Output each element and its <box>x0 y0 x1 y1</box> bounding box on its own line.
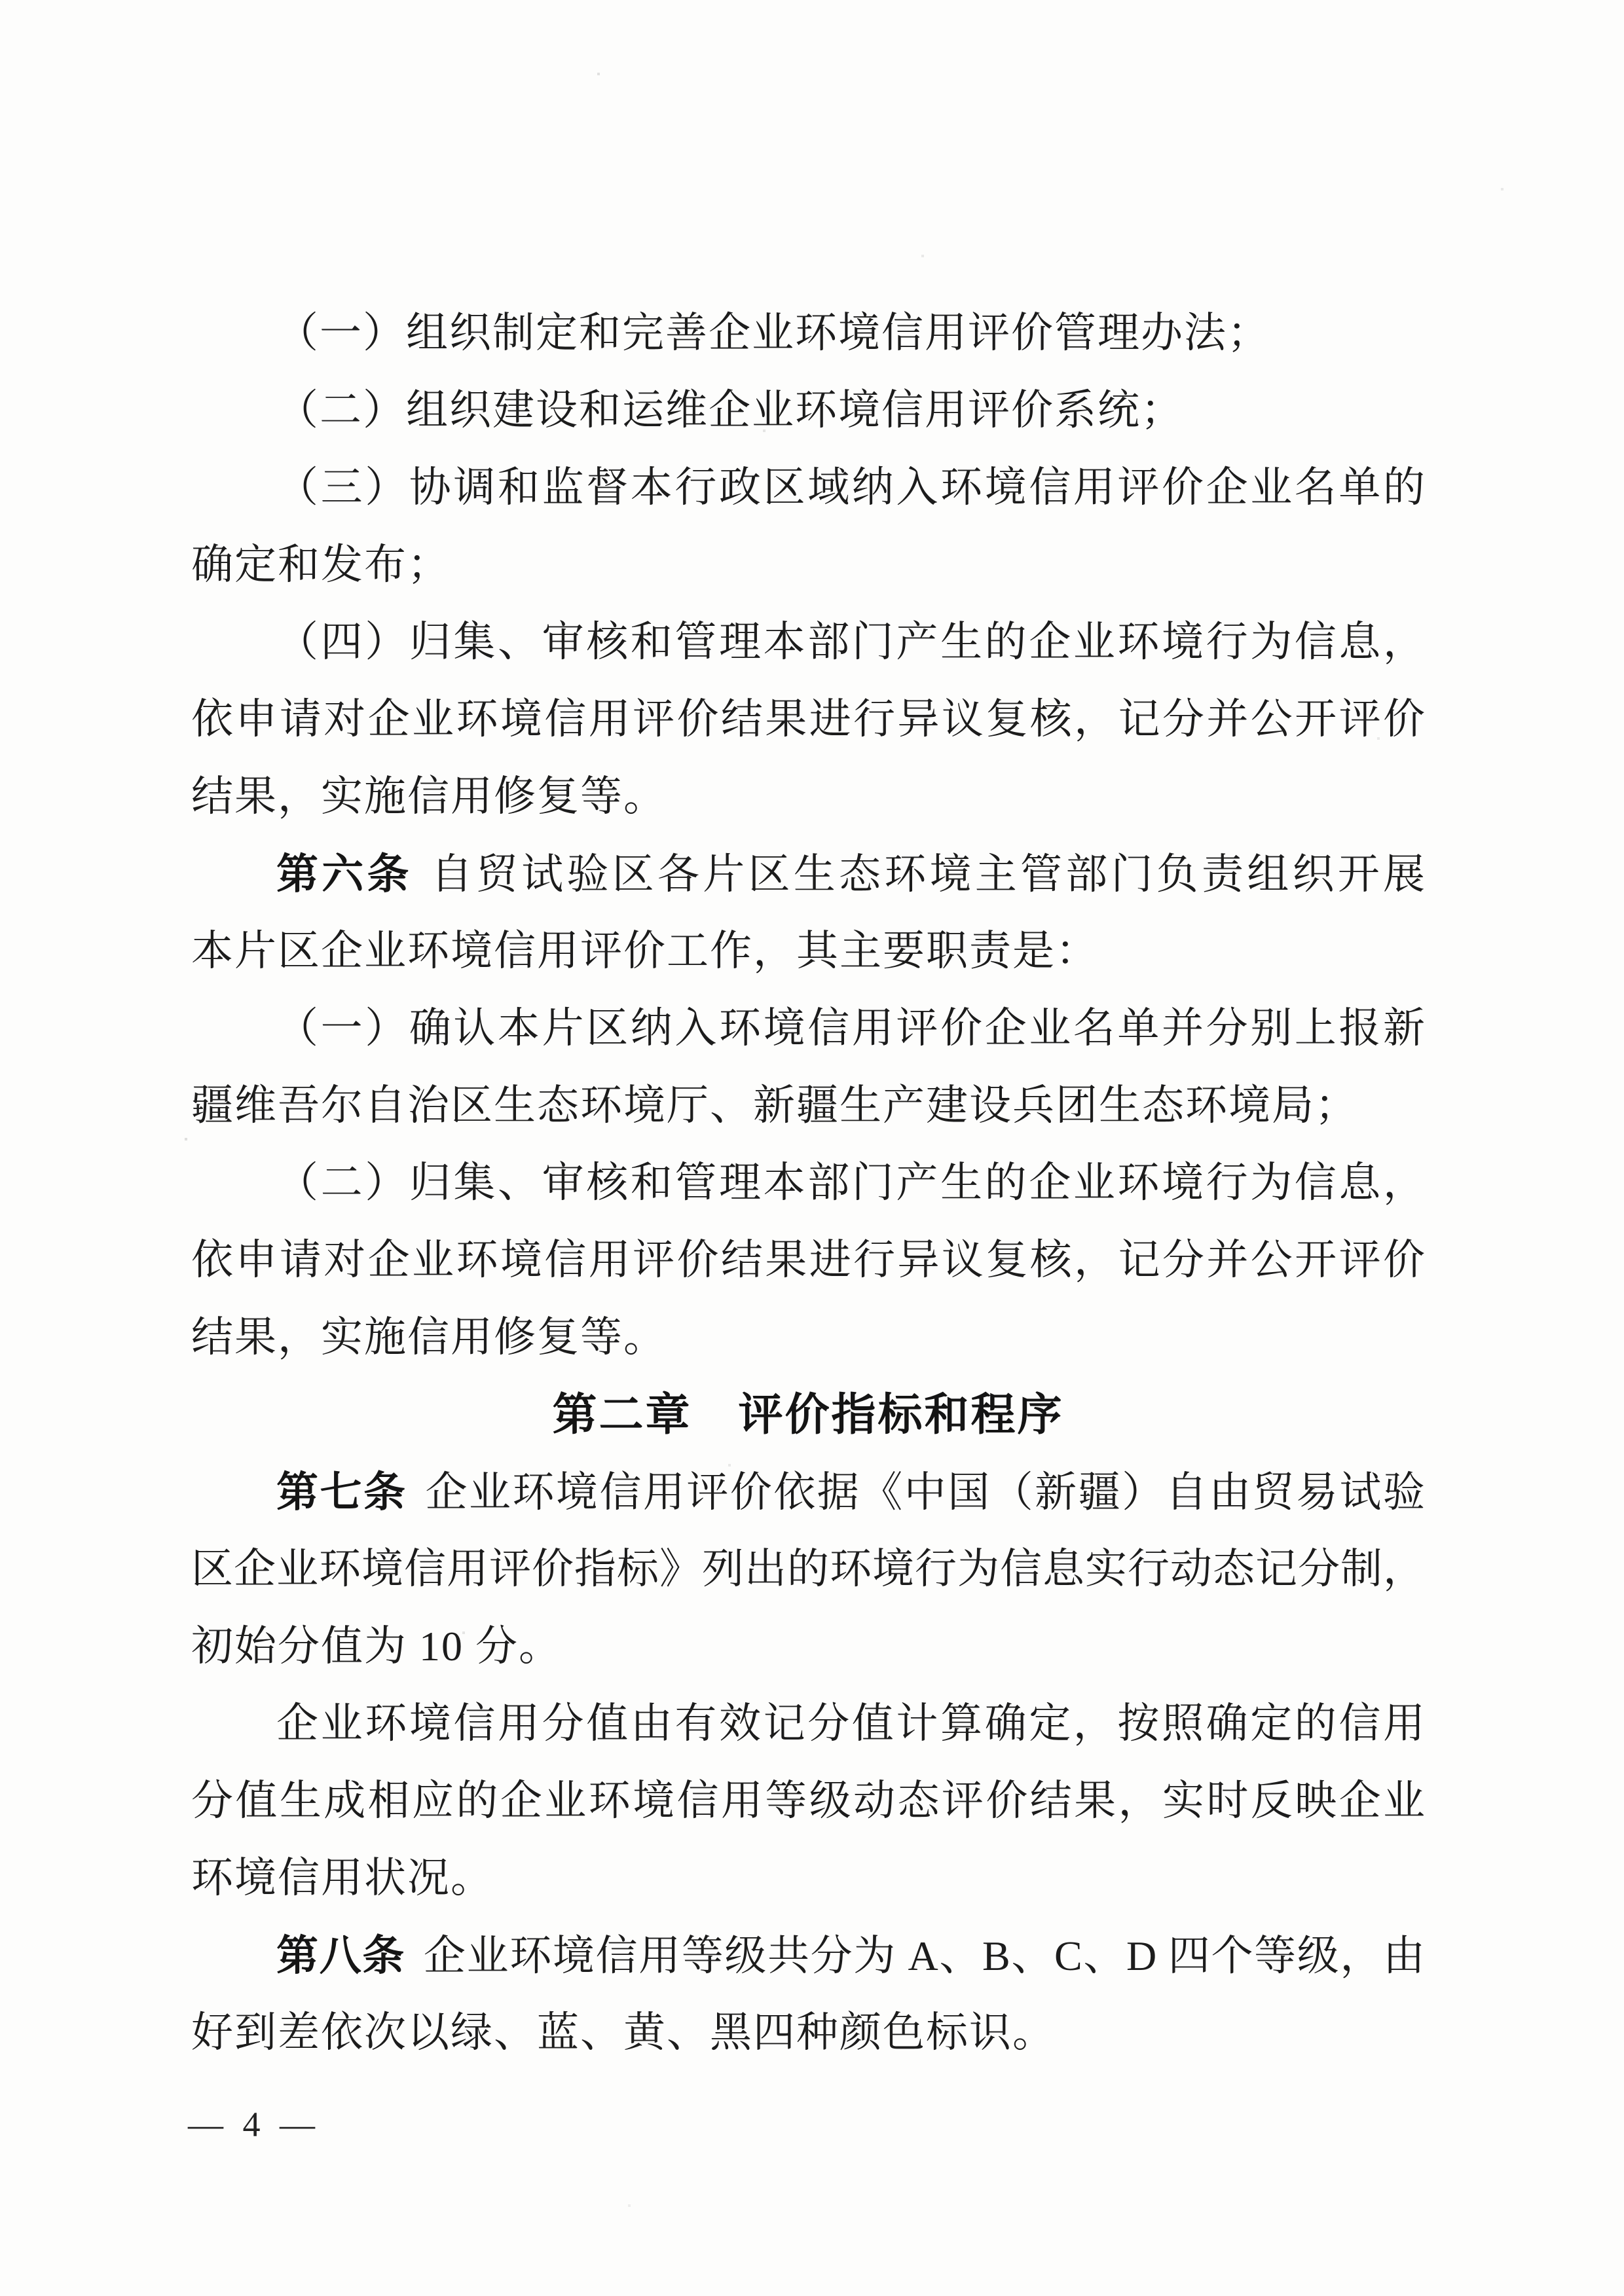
article-number: 第六条 <box>276 850 413 898</box>
body-text-line: 第六条自贸试验区各片区生态环境主管部门负责组织开展 <box>191 835 1425 913</box>
body-text-line: 疆维吾尔自治区生态环境厅、新疆生产建设兵团生态环境局； <box>191 1067 1425 1144</box>
body-text-line: 初始分值为 10 分。 <box>191 1608 1425 1685</box>
body-text-line: （二）归集、审核和管理本部门产生的企业环境行为信息， <box>191 1144 1425 1222</box>
body-text-line: 第七条企业环境信用评价依据《中国（新疆）自由贸易试验 <box>191 1453 1425 1531</box>
body-text-line: 结果，实施信用修复等。 <box>191 1299 1425 1376</box>
body-text-line: （三）协调和监督本行政区域纳入环境信用评价企业名单的 <box>191 449 1425 526</box>
body-text-line: 第八条企业环境信用等级共分为 A、B、C、D 四个等级，由 <box>191 1917 1425 1994</box>
page-number: — 4 — <box>188 2085 320 2164</box>
line-text: 自贸试验区各片区生态环境主管部门负责组织开展 <box>431 851 1425 898</box>
article-number: 第七条 <box>276 1468 407 1516</box>
line-text: 企业环境信用等级共分为 A、B、C、D 四个等级，由 <box>424 1933 1425 1979</box>
body-text-line: 本片区企业环境信用评价工作，其主要职责是： <box>191 913 1425 990</box>
body-text-line: 分值生成相应的企业环境信用等级动态评价结果，实时反映企业 <box>191 1762 1425 1840</box>
body-text-line: 区企业环境信用评价指标》列出的环境行为信息实行动态记分制， <box>191 1531 1425 1608</box>
body-text-line: 确定和发布； <box>191 526 1425 604</box>
article-number: 第八条 <box>276 1932 405 1979</box>
body-text-line: 依申请对企业环境信用评价结果进行异议复核，记分并公开评价 <box>191 1222 1425 1299</box>
chapter-heading: 第二章 评价指标和程序 <box>191 1376 1425 1453</box>
scanned-document-page: （一）组织制定和完善企业环境信用评价管理办法； （二）组织建设和运维企业环境信用… <box>0 0 1624 2296</box>
body-text-line: （四）归集、审核和管理本部门产生的企业环境行为信息， <box>191 604 1425 681</box>
body-text-line: 好到差依次以绿、蓝、黄、黑四种颜色标识。 <box>191 1994 1425 2071</box>
document-body: （一）组织制定和完善企业环境信用评价管理办法； （二）组织建设和运维企业环境信用… <box>191 295 1425 2071</box>
body-text-line: （一）组织制定和完善企业环境信用评价管理办法； <box>191 295 1425 372</box>
body-text-line: 结果，实施信用修复等。 <box>191 758 1425 835</box>
body-text-line: （二）组织建设和运维企业环境信用评价系统； <box>191 372 1425 449</box>
line-text: 企业环境信用评价依据《中国（新疆）自由贸易试验 <box>425 1469 1425 1516</box>
body-text-line: 依申请对企业环境信用评价结果进行异议复核，记分并公开评价 <box>191 681 1425 758</box>
scan-noise-specks <box>0 0 1 1</box>
body-text-line: （一）确认本片区纳入环境信用评价企业名单并分别上报新 <box>191 990 1425 1067</box>
body-text-line: 企业环境信用分值由有效记分值计算确定，按照确定的信用 <box>191 1685 1425 1762</box>
body-text-line: 环境信用状况。 <box>191 1840 1425 1917</box>
